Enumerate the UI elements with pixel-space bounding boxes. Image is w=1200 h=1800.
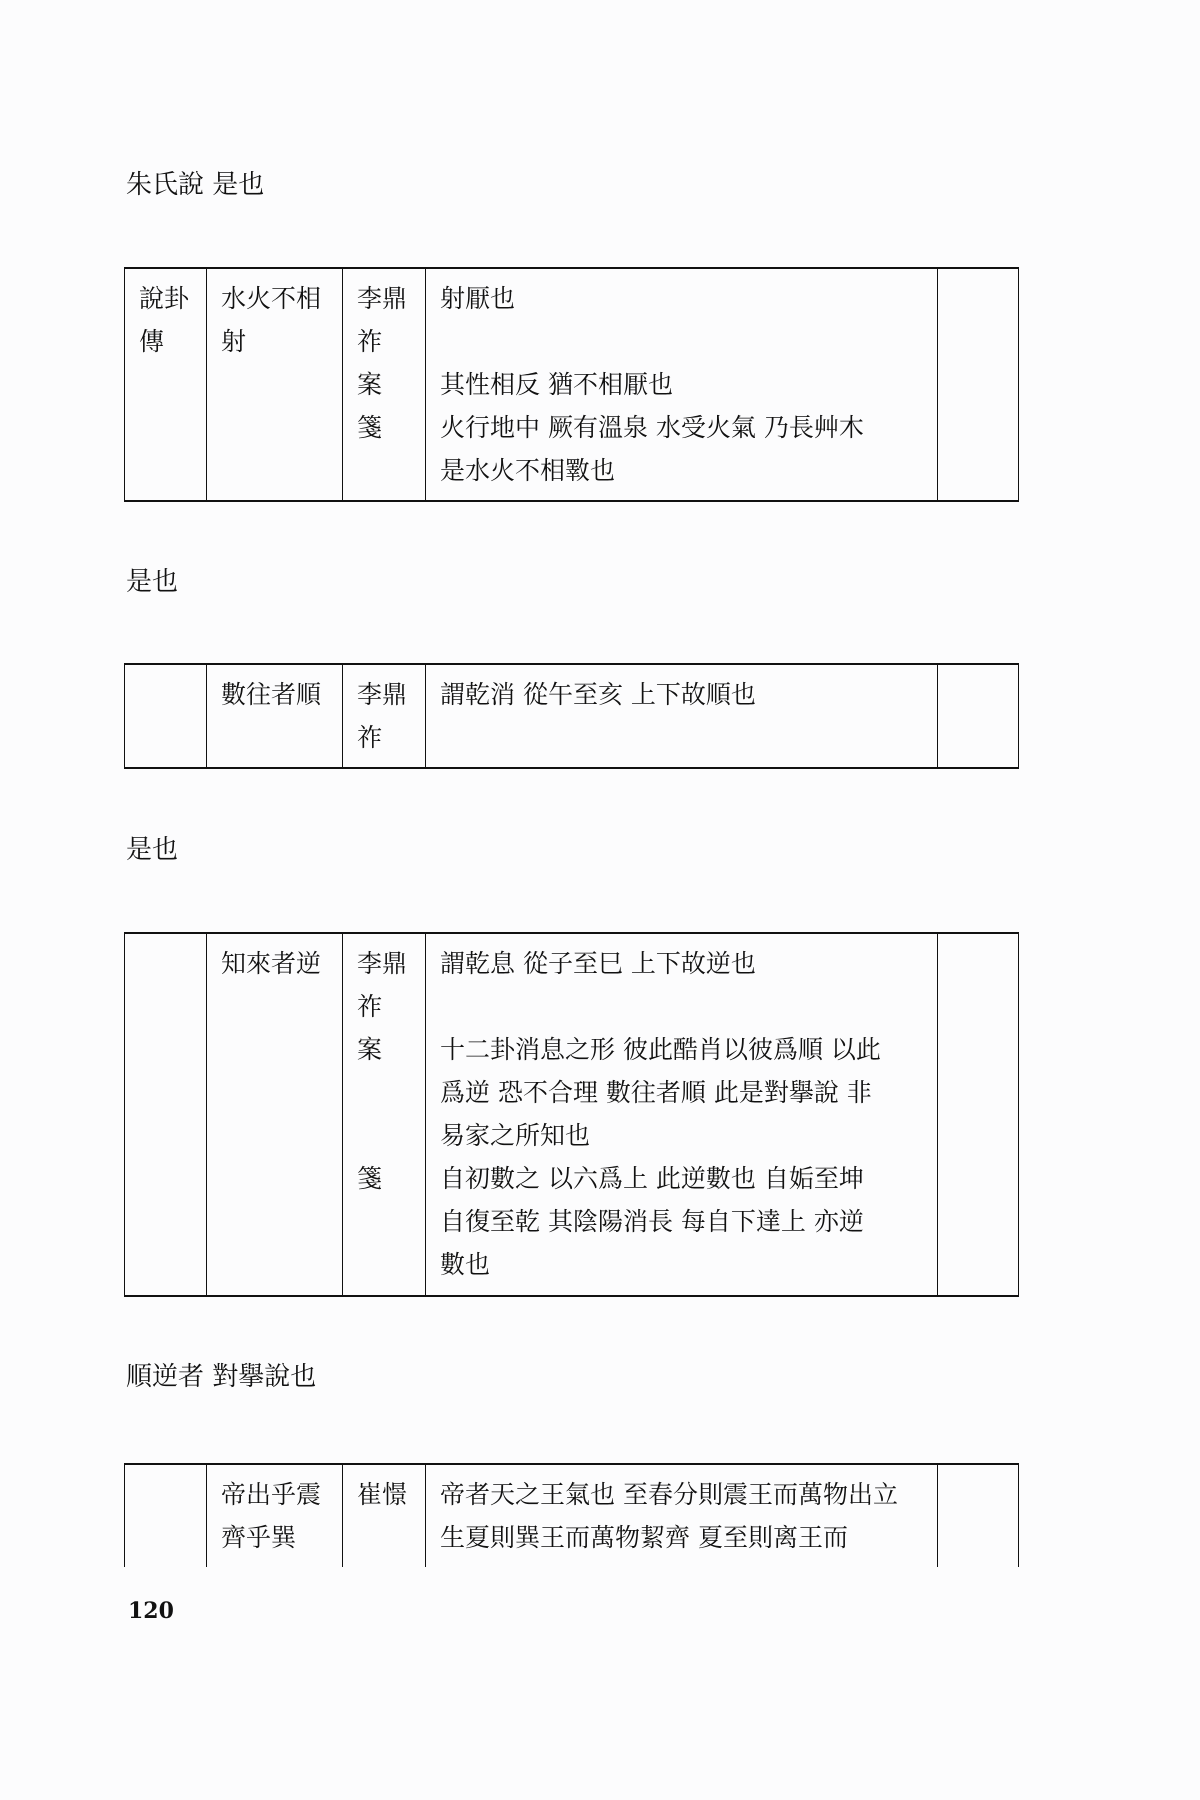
notes-cell xyxy=(938,268,1019,501)
book-cell: 說卦 傳 xyxy=(125,268,207,501)
phrase-cell: 數往者順 xyxy=(207,664,343,768)
paragraph-zhu-shi-shuo: 朱氏說 是也 xyxy=(126,170,264,200)
book-cell xyxy=(125,933,207,1296)
phrase-cell: 帝出乎震 齊乎巽 xyxy=(207,1464,343,1567)
page-number: 120 xyxy=(128,1598,174,1624)
paragraph-shi-ye-2: 是也 xyxy=(126,835,178,865)
phrase-cell: 知來者逆 xyxy=(207,933,343,1296)
notes-cell xyxy=(938,664,1019,768)
commentator-cell: 崔憬 xyxy=(343,1464,426,1567)
paragraph-shi-ye-1: 是也 xyxy=(126,567,178,597)
commentary-table-3: 知來者逆 李鼎 祚 案 箋 謂乾息 從子至巳 上下故逆也 十二卦消息之形 彼此酷… xyxy=(124,932,1019,1297)
commentary-cell: 謂乾息 從子至巳 上下故逆也 十二卦消息之形 彼此酷肖以彼爲順 以此 爲逆 恐不… xyxy=(426,933,938,1296)
commentator-cell: 李鼎 祚 xyxy=(343,664,426,768)
commentary-table-4: 帝出乎震 齊乎巽 崔憬 帝者天之王氣也 至春分則震王而萬物出立 生夏則巽王而萬物… xyxy=(124,1463,1019,1567)
commentary-table-1: 說卦 傳 水火不相 射 李鼎 祚 案 箋 射厭也 其性相反 猶不相厭也 火行地中… xyxy=(124,267,1019,502)
commentary-cell: 帝者天之王氣也 至春分則震王而萬物出立 生夏則巽王而萬物絜齊 夏至則离王而 xyxy=(426,1464,938,1567)
commentary-cell: 謂乾消 從午至亥 上下故順也 xyxy=(426,664,938,768)
phrase-cell: 水火不相 射 xyxy=(207,268,343,501)
commentator-cell: 李鼎 祚 案 箋 xyxy=(343,933,426,1296)
commentary-table-2: 數往者順 李鼎 祚 謂乾消 從午至亥 上下故順也 xyxy=(124,663,1019,769)
notes-cell xyxy=(938,1464,1019,1567)
book-cell xyxy=(125,664,207,768)
paragraph-shun-ni-zhe: 順逆者 對擧說也 xyxy=(126,1362,316,1392)
notes-cell xyxy=(938,933,1019,1296)
book-cell xyxy=(125,1464,207,1567)
commentator-cell: 李鼎 祚 案 箋 xyxy=(343,268,426,501)
commentary-cell: 射厭也 其性相反 猶不相厭也 火行地中 厥有溫泉 水受火氣 乃長艸木 是水火不相… xyxy=(426,268,938,501)
